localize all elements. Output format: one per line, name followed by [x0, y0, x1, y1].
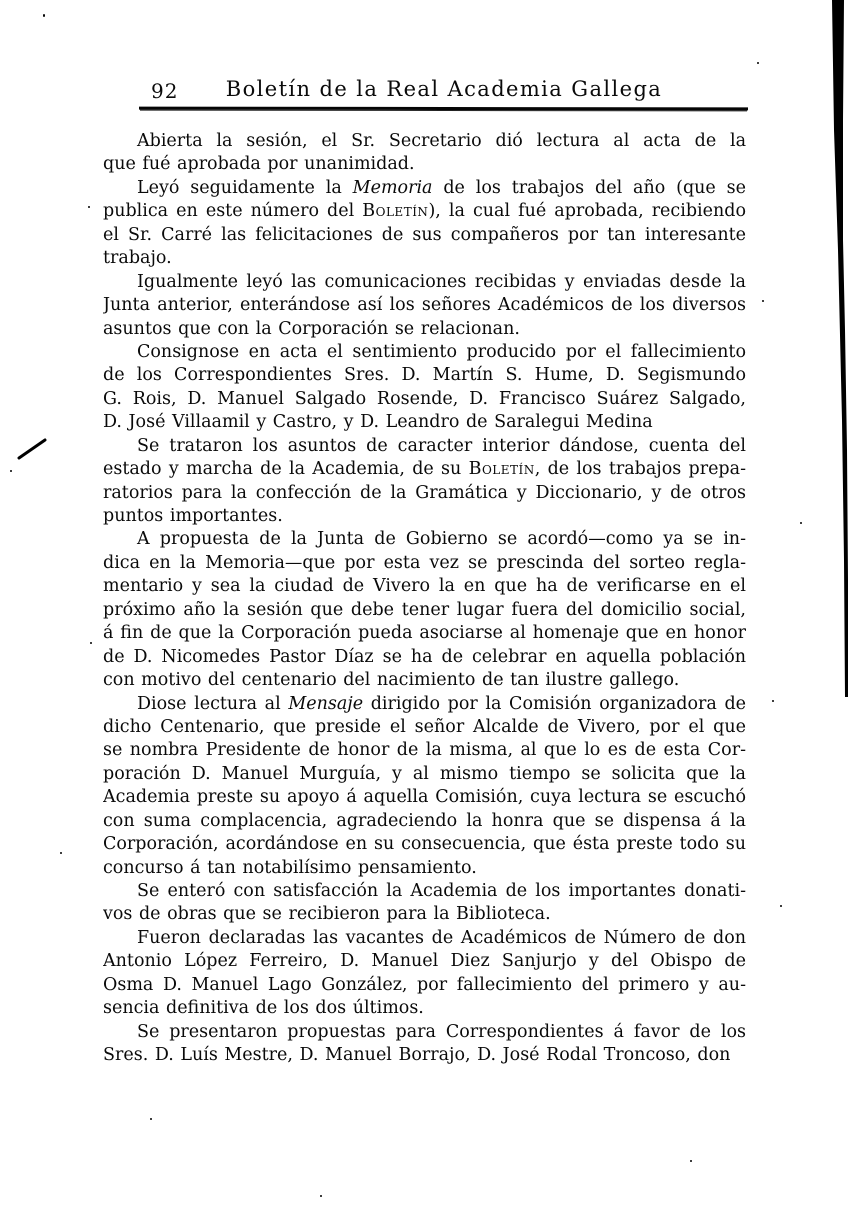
text-segment: ratorios para la confección de la Gramát… [103, 483, 746, 503]
paragraph: Diose lectura al Mensaje dirigido por la… [103, 693, 746, 881]
text-segment: dirigido por la Comisión organizadora de [363, 694, 746, 714]
text-line: Se enteró con satisfacción la Academia d… [103, 880, 746, 903]
text-line: estado y marcha de la Academia, de su Bo… [103, 458, 746, 481]
scan-streak-right-edge [832, 0, 848, 697]
text-line: de los Correspondientes Sres. D. Martín … [103, 364, 746, 387]
text-segment: trabajo. [103, 248, 172, 268]
text-line: mentario y sea la ciudad de Vivero la en… [103, 575, 746, 598]
header-rule [139, 107, 748, 111]
text-segment: , de los trabajos prepa- [535, 459, 746, 479]
text-segment: á fin de que la Corporación pueda asocia… [103, 623, 746, 643]
text-line: Abierta la sesión, el Sr. Secretario dió… [103, 130, 746, 153]
paragraph: Abierta la sesión, el Sr. Secretario dió… [103, 130, 746, 177]
text-line: vos de obras que se recibieron para la B… [103, 903, 746, 926]
scan-speck [320, 1195, 322, 1197]
text-line: Se presentaron propuestas para Correspon… [103, 1021, 746, 1044]
paragraph: Igualmente leyó las comunicaciones recib… [103, 271, 746, 341]
paragraph: Fueron declaradas las vacantes de Académ… [103, 927, 746, 1021]
text-line: que fué aprobada por unanimidad. [103, 153, 746, 176]
text-line: Corporación, acordándose en su consecuen… [103, 833, 746, 856]
paragraph: Se trataron los asuntos de caracter inte… [103, 435, 746, 529]
text-segment: vos de obras que se recibieron para la B… [103, 904, 551, 924]
text-line: Antonio López Ferreiro, D. Manuel Diez S… [103, 950, 746, 973]
journal-title: Boletín de la Real Academia Gallega [140, 77, 748, 101]
paragraph: Consignose en acta el sentimiento produc… [103, 341, 746, 435]
text-segment: Se presentaron propuestas para Correspon… [137, 1022, 746, 1042]
text-segment: Junta anterior, enterándose así los seño… [103, 295, 746, 315]
text-line: A propuesta de la Junta de Gobierno se a… [103, 528, 746, 551]
text-line: se nombra Presidente de honor de la mism… [103, 739, 746, 762]
text-line: poración D. Manuel Murguía, y al mismo t… [103, 763, 746, 786]
text-segment: Se trataron los asuntos de caracter inte… [137, 436, 746, 456]
text-segment: Leyó seguidamente la [137, 178, 353, 198]
text-line: D. José Villaamil y Castro, y D. Leandro… [103, 411, 746, 434]
text-line: próximo año la sesión que debe tener lug… [103, 599, 746, 622]
text-line: con suma complacencia, agradeciendo la h… [103, 810, 746, 833]
text-segment: próximo año la sesión que debe tener lug… [103, 600, 746, 620]
text-line: Osma D. Manuel Lago González, por fallec… [103, 974, 746, 997]
paragraph: Se enteró con satisfacción la Academia d… [103, 880, 746, 927]
text-segment: de los trabajos del año (que se [432, 178, 746, 198]
text-segment: Osma D. Manuel Lago González, por fallec… [103, 975, 746, 995]
text-line: ratorios para la confección de la Gramát… [103, 482, 746, 505]
text-segment: Igualmente leyó las comunicaciones recib… [137, 272, 746, 292]
italic-text: Mensaje [288, 694, 363, 714]
text-segment: asuntos que con la Corporación se relaci… [103, 319, 520, 339]
text-line: el Sr. Carré las felicitaciones de sus c… [103, 224, 746, 247]
text-line: Se trataron los asuntos de caracter inte… [103, 435, 746, 458]
text-segment: estado y marcha de la Academia, de su [103, 459, 469, 479]
scan-speck [150, 1118, 152, 1120]
text-segment: se nombra Presidente de honor de la mism… [103, 740, 746, 760]
text-segment: de los Correspondientes Sres. D. Martín … [103, 365, 746, 385]
text-segment: ), la cual fué aprobada, recibiendo [428, 201, 746, 221]
page-body: Abierta la sesión, el Sr. Secretario dió… [103, 130, 746, 1068]
text-segment: G. Rois, D. Manuel Salgado Rosende, D. F… [103, 389, 746, 409]
text-segment: dicho Centenario, que preside el señor A… [103, 717, 746, 737]
text-segment: Abierta la sesión, el Sr. Secretario dió… [137, 131, 746, 153]
text-segment: puntos importantes. [103, 506, 283, 526]
text-line: Consignose en acta el sentimiento produc… [103, 341, 746, 364]
text-line: Diose lectura al Mensaje dirigido por la… [103, 693, 746, 716]
paragraph: A propuesta de la Junta de Gobierno se a… [103, 528, 746, 692]
text-line: á fin de que la Corporación pueda asocia… [103, 622, 746, 645]
text-line: dica en la Memoria—que por esta vez se p… [103, 552, 746, 575]
smallcaps-text: Boletín [469, 459, 535, 479]
text-segment: A propuesta de la Junta de Gobierno se a… [137, 529, 746, 549]
text-line: trabajo. [103, 247, 746, 270]
text-line: publica en este número del Boletín), la … [103, 200, 746, 223]
scan-speck [90, 642, 92, 644]
scan-speck [60, 852, 62, 854]
paragraph: Leyó seguidamente la Memoria de los trab… [103, 177, 746, 271]
text-segment: Corporación, acordándose en su consecuen… [103, 834, 746, 854]
scan-speck [43, 14, 45, 17]
text-segment: sencia definitiva de los dos últimos. [103, 998, 424, 1018]
scan-speck [780, 905, 782, 907]
scan-speck [690, 1160, 692, 1162]
text-segment: concurso á tan notabilísimo pensamiento. [103, 858, 477, 878]
text-segment: publica en este número del [103, 201, 362, 221]
italic-text: Memoria [353, 178, 433, 198]
text-segment: poración D. Manuel Murguía, y al mismo t… [103, 764, 746, 784]
text-line: puntos importantes. [103, 505, 746, 528]
scan-speck [800, 522, 802, 524]
text-segment: Antonio López Ferreiro, D. Manuel Diez S… [103, 951, 746, 971]
text-line: G. Rois, D. Manuel Salgado Rosende, D. F… [103, 388, 746, 411]
pen-mark [19, 440, 45, 458]
text-segment: dica en la Memoria—que por esta vez se p… [103, 553, 746, 573]
text-segment: con motivo del centenario del nacimiento… [103, 670, 679, 690]
scan-speck [88, 206, 90, 208]
text-line: concurso á tan notabilísimo pensamiento. [103, 857, 746, 880]
text-segment: Consignose en acta el sentimiento produc… [137, 342, 746, 362]
text-line: sencia definitiva de los dos últimos. [103, 997, 746, 1020]
text-segment: el Sr. Carré las felicitaciones de sus c… [103, 225, 746, 245]
text-segment: Se enteró con satisfacción la Academia d… [137, 881, 746, 901]
text-segment: que fué aprobada por unanimidad. [103, 154, 415, 174]
paragraph: Se presentaron propuestas para Correspon… [103, 1021, 746, 1068]
text-segment: D. José Villaamil y Castro, y D. Leandro… [103, 412, 653, 432]
scan-speck [772, 700, 774, 702]
text-segment: con suma complacencia, agradeciendo la h… [103, 811, 746, 831]
text-segment: Academia preste su apoyo á aquella Comis… [103, 787, 746, 807]
text-line: Fueron declaradas las vacantes de Académ… [103, 927, 746, 950]
text-line: Igualmente leyó las comunicaciones recib… [103, 271, 746, 294]
scan-speck [762, 300, 764, 302]
text-segment: Sres. D. Luís Mestre, D. Manuel Borrajo,… [103, 1045, 730, 1065]
text-line: Leyó seguidamente la Memoria de los trab… [103, 177, 746, 200]
text-line: de D. Nicomedes Pastor Díaz se ha de cel… [103, 646, 746, 669]
text-line: asuntos que con la Corporación se relaci… [103, 318, 746, 341]
scanned-document-page: 92 Boletín de la Real Academia Gallega A… [0, 0, 850, 1218]
text-line: Junta anterior, enterándose así los seño… [103, 294, 746, 317]
text-segment: Diose lectura al [137, 694, 288, 714]
text-segment: mentario y sea la ciudad de Vivero la en… [103, 576, 746, 596]
scan-speck [757, 62, 759, 64]
scan-speck [10, 470, 12, 472]
text-line: con motivo del centenario del nacimiento… [103, 669, 746, 692]
text-line: Sres. D. Luís Mestre, D. Manuel Borrajo,… [103, 1044, 746, 1067]
text-line: Academia preste su apoyo á aquella Comis… [103, 786, 746, 809]
text-segment: Fueron declaradas las vacantes de Académ… [137, 928, 746, 948]
text-line: dicho Centenario, que preside el señor A… [103, 716, 746, 739]
text-segment: de D. Nicomedes Pastor Díaz se ha de cel… [103, 647, 746, 667]
smallcaps-text: Boletín [362, 201, 428, 221]
